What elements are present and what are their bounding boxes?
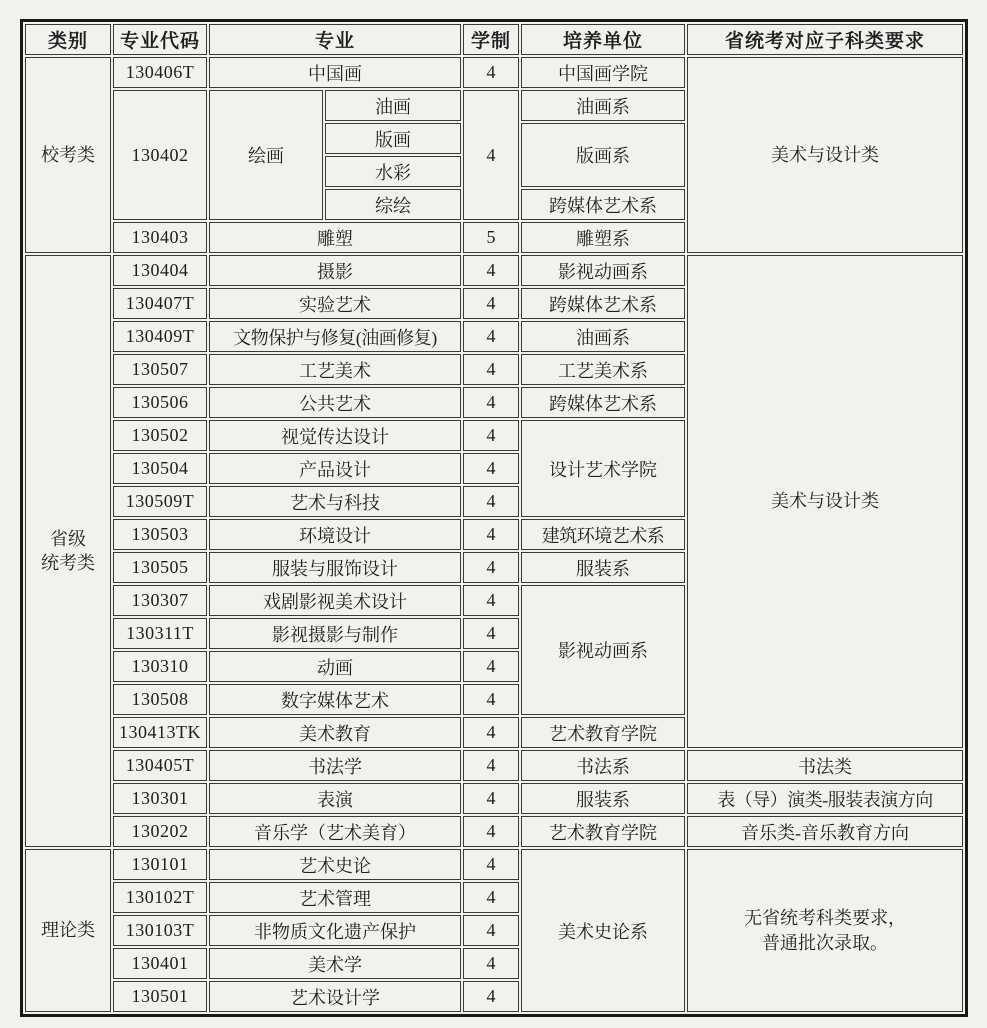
cell-years: 4 bbox=[463, 981, 519, 1012]
cell-major: 美术学 bbox=[209, 948, 461, 979]
cell-unit: 艺术教育学院 bbox=[521, 717, 685, 748]
cell-category: 校考类 bbox=[25, 57, 111, 253]
cell-years: 4 bbox=[463, 618, 519, 649]
cell-unit: 建筑环境艺术系 bbox=[521, 519, 685, 550]
cell-years: 4 bbox=[463, 816, 519, 847]
cell-years: 4 bbox=[463, 354, 519, 385]
cell-years: 4 bbox=[463, 90, 519, 220]
cell-code: 130404 bbox=[113, 255, 207, 286]
cell-major: 影视摄影与制作 bbox=[209, 618, 461, 649]
cell-code: 130501 bbox=[113, 981, 207, 1012]
cell-code: 130505 bbox=[113, 552, 207, 583]
cell-years: 5 bbox=[463, 222, 519, 253]
cell-requirement: 美术与设计类 bbox=[687, 255, 963, 748]
cell-major: 艺术设计学 bbox=[209, 981, 461, 1012]
header-years: 学制 bbox=[463, 24, 519, 55]
cell-unit: 工艺美术系 bbox=[521, 354, 685, 385]
cell-years: 4 bbox=[463, 948, 519, 979]
cell-years: 4 bbox=[463, 420, 519, 451]
cell-major: 摄影 bbox=[209, 255, 461, 286]
cell-unit: 服装系 bbox=[521, 552, 685, 583]
cell-sub-major: 版画 bbox=[325, 123, 461, 154]
cell-category: 省级 统考类 bbox=[25, 255, 111, 847]
cell-unit: 跨媒体艺术系 bbox=[521, 189, 685, 220]
cell-years: 4 bbox=[463, 651, 519, 682]
cell-major: 戏剧影视美术设计 bbox=[209, 585, 461, 616]
cell-sub-major: 综绘 bbox=[325, 189, 461, 220]
cell-unit: 服装系 bbox=[521, 783, 685, 814]
cell-years: 4 bbox=[463, 915, 519, 946]
cell-code: 130503 bbox=[113, 519, 207, 550]
cell-major: 工艺美术 bbox=[209, 354, 461, 385]
cell-years: 4 bbox=[463, 519, 519, 550]
cell-code: 130405T bbox=[113, 750, 207, 781]
table-row: 校考类 130406T 中国画 4 中国画学院 美术与设计类 bbox=[25, 57, 963, 88]
cell-unit: 书法系 bbox=[521, 750, 685, 781]
cell-code: 130406T bbox=[113, 57, 207, 88]
cell-code: 130311T bbox=[113, 618, 207, 649]
header-row: 类别 专业代码 专业 学制 培养单位 省统考对应子科类要求 bbox=[25, 24, 963, 55]
cell-code: 130402 bbox=[113, 90, 207, 220]
cell-unit: 版画系 bbox=[521, 123, 685, 187]
cell-years: 4 bbox=[463, 750, 519, 781]
cell-years: 4 bbox=[463, 453, 519, 484]
cell-years: 4 bbox=[463, 684, 519, 715]
cell-years: 4 bbox=[463, 783, 519, 814]
cell-unit: 美术史论系 bbox=[521, 849, 685, 1012]
cell-major: 书法学 bbox=[209, 750, 461, 781]
cell-major: 绘画 bbox=[209, 90, 323, 220]
cell-unit: 跨媒体艺术系 bbox=[521, 387, 685, 418]
cell-code: 130502 bbox=[113, 420, 207, 451]
cell-major: 艺术史论 bbox=[209, 849, 461, 880]
cell-unit: 影视动画系 bbox=[521, 255, 685, 286]
cell-years: 4 bbox=[463, 585, 519, 616]
cell-code: 130509T bbox=[113, 486, 207, 517]
cell-major: 产品设计 bbox=[209, 453, 461, 484]
cell-major: 美术教育 bbox=[209, 717, 461, 748]
cell-major: 环境设计 bbox=[209, 519, 461, 550]
cell-years: 4 bbox=[463, 57, 519, 88]
table-row: 130301 表演 4 服装系 表（导）演类-服装表演方向 bbox=[25, 783, 963, 814]
admissions-table: 类别 专业代码 专业 学制 培养单位 省统考对应子科类要求 校考类 130406… bbox=[20, 19, 968, 1017]
cell-code: 130403 bbox=[113, 222, 207, 253]
cell-code: 130506 bbox=[113, 387, 207, 418]
cell-code: 130401 bbox=[113, 948, 207, 979]
cell-requirement: 音乐类-音乐教育方向 bbox=[687, 816, 963, 847]
cell-years: 4 bbox=[463, 849, 519, 880]
cell-major: 中国画 bbox=[209, 57, 461, 88]
cell-major: 动画 bbox=[209, 651, 461, 682]
table-row: 130405T 书法学 4 书法系 书法类 bbox=[25, 750, 963, 781]
cell-major: 服装与服饰设计 bbox=[209, 552, 461, 583]
cell-major: 数字媒体艺术 bbox=[209, 684, 461, 715]
cell-years: 4 bbox=[463, 552, 519, 583]
cell-sub-major: 油画 bbox=[325, 90, 461, 121]
cell-unit: 跨媒体艺术系 bbox=[521, 288, 685, 319]
cell-unit: 雕塑系 bbox=[521, 222, 685, 253]
header-major: 专业 bbox=[209, 24, 461, 55]
cell-major: 视觉传达设计 bbox=[209, 420, 461, 451]
table-row: 130202 音乐学（艺术美育） 4 艺术教育学院 音乐类-音乐教育方向 bbox=[25, 816, 963, 847]
cell-major: 艺术与科技 bbox=[209, 486, 461, 517]
cell-years: 4 bbox=[463, 882, 519, 913]
cell-code: 130307 bbox=[113, 585, 207, 616]
cell-major: 艺术管理 bbox=[209, 882, 461, 913]
cell-major: 雕塑 bbox=[209, 222, 461, 253]
header-unit: 培养单位 bbox=[521, 24, 685, 55]
cell-code: 130504 bbox=[113, 453, 207, 484]
cell-requirement: 美术与设计类 bbox=[687, 57, 963, 253]
cell-years: 4 bbox=[463, 288, 519, 319]
cell-code: 130407T bbox=[113, 288, 207, 319]
cell-major: 非物质文化遗产保护 bbox=[209, 915, 461, 946]
cell-unit: 艺术教育学院 bbox=[521, 816, 685, 847]
cell-years: 4 bbox=[463, 486, 519, 517]
cell-major: 文物保护与修复(油画修复) bbox=[209, 321, 461, 352]
admissions-document-page: 类别 专业代码 专业 学制 培养单位 省统考对应子科类要求 校考类 130406… bbox=[0, 0, 987, 1028]
cell-category: 理论类 bbox=[25, 849, 111, 1012]
cell-major: 音乐学（艺术美育） bbox=[209, 816, 461, 847]
cell-code: 130202 bbox=[113, 816, 207, 847]
cell-code: 130413TK bbox=[113, 717, 207, 748]
cell-unit: 中国画学院 bbox=[521, 57, 685, 88]
cell-requirement: 书法类 bbox=[687, 750, 963, 781]
cell-major: 表演 bbox=[209, 783, 461, 814]
cell-code: 130508 bbox=[113, 684, 207, 715]
cell-code: 130507 bbox=[113, 354, 207, 385]
table-row: 省级 统考类 130404 摄影 4 影视动画系 美术与设计类 bbox=[25, 255, 963, 286]
cell-years: 4 bbox=[463, 387, 519, 418]
cell-sub-major: 水彩 bbox=[325, 156, 461, 187]
cell-major: 实验艺术 bbox=[209, 288, 461, 319]
cell-requirement: 表（导）演类-服装表演方向 bbox=[687, 783, 963, 814]
cell-code: 130301 bbox=[113, 783, 207, 814]
header-category: 类别 bbox=[25, 24, 111, 55]
cell-unit: 影视动画系 bbox=[521, 585, 685, 715]
table-row: 理论类 130101 艺术史论 4 美术史论系 无省统考科类要求， 普通批次录取… bbox=[25, 849, 963, 880]
cell-code: 130310 bbox=[113, 651, 207, 682]
cell-unit: 油画系 bbox=[521, 321, 685, 352]
cell-years: 4 bbox=[463, 255, 519, 286]
cell-requirement: 无省统考科类要求， 普通批次录取。 bbox=[687, 849, 963, 1012]
header-requirement: 省统考对应子科类要求 bbox=[687, 24, 963, 55]
cell-unit: 设计艺术学院 bbox=[521, 420, 685, 517]
cell-code: 130409T bbox=[113, 321, 207, 352]
cell-code: 130101 bbox=[113, 849, 207, 880]
cell-unit: 油画系 bbox=[521, 90, 685, 121]
cell-years: 4 bbox=[463, 717, 519, 748]
cell-major: 公共艺术 bbox=[209, 387, 461, 418]
header-code: 专业代码 bbox=[113, 24, 207, 55]
cell-code: 130102T bbox=[113, 882, 207, 913]
cell-code: 130103T bbox=[113, 915, 207, 946]
cell-years: 4 bbox=[463, 321, 519, 352]
